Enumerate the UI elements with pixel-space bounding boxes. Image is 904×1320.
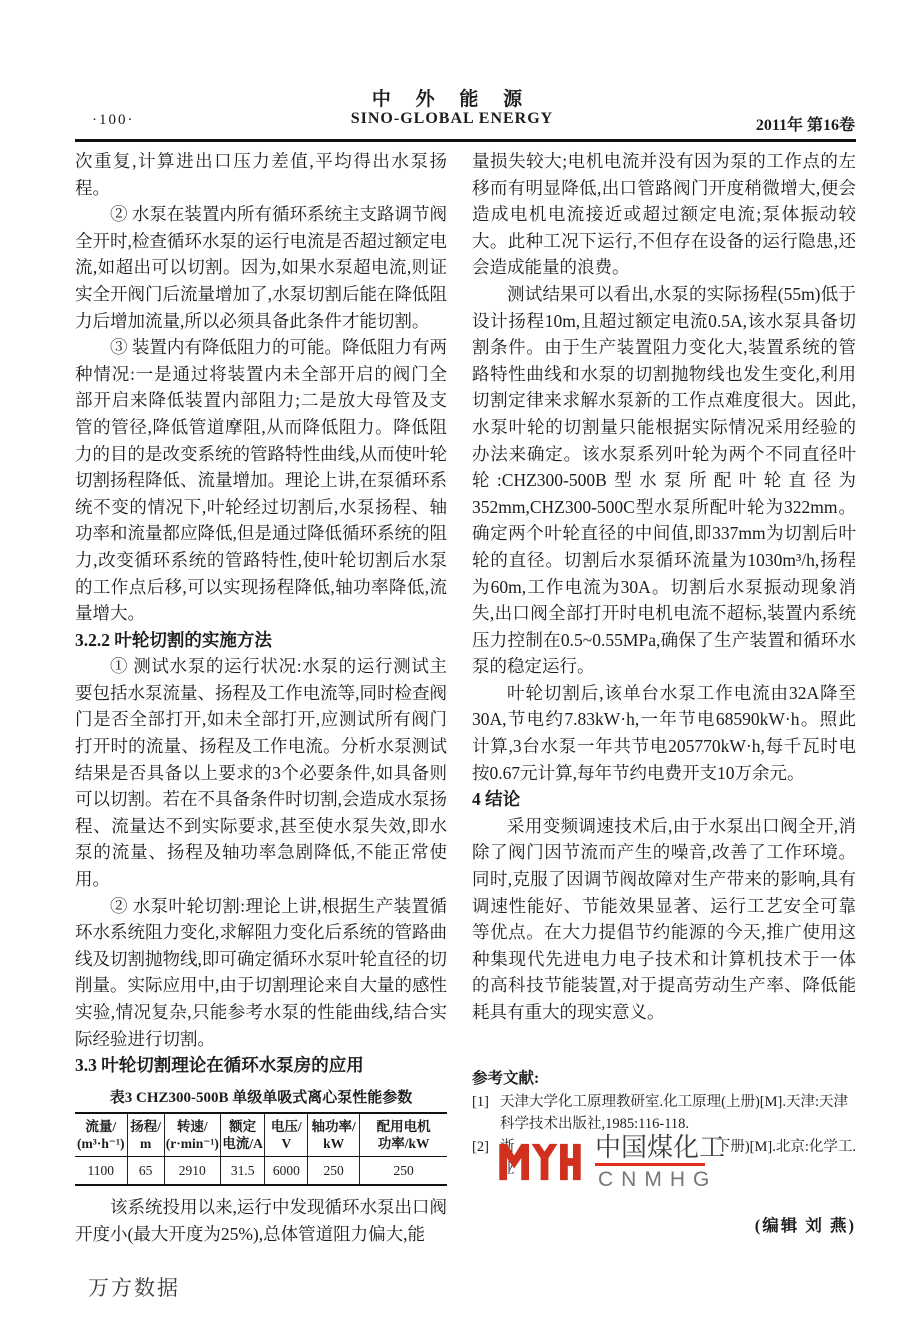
watermark: 中国煤化工 CNMHG xyxy=(498,1130,868,1196)
paragraph: ② 水泵叶轮切割:理论上讲,根据生产装置循环水系统阻力变化,求解阻力变化后系统的… xyxy=(75,893,447,1053)
table-cell: 2910 xyxy=(164,1157,220,1186)
journal-title-cn: 中 外 能 源 xyxy=(0,84,904,111)
reference-label: [1] xyxy=(472,1091,489,1114)
col-header: 转速/(r·min⁻¹) xyxy=(164,1113,220,1157)
table-cell: 250 xyxy=(308,1157,360,1186)
section-heading: 3.2.2 叶轮切割的实施方法 xyxy=(75,627,447,654)
table-header-row: 流量/(m³·h⁻¹) 扬程/m 转速/(r·min⁻¹) 额定电流/A 电压/… xyxy=(75,1113,447,1157)
table-cell: 65 xyxy=(127,1157,164,1186)
table-cell: 31.5 xyxy=(220,1157,265,1186)
editor-note: (编辑 刘 燕) xyxy=(472,1212,856,1236)
col-header: 轴功率/kW xyxy=(308,1113,360,1157)
paragraph: ③ 装置内有降低阻力的可能。降低阻力有两种情况:一是通过将装置内未全部开启的阀门… xyxy=(75,334,447,627)
paragraph: 量损失较大;电机电流并没有因为泵的工作点的左移而有明显降低,出口管路阀门开度稍微… xyxy=(472,148,856,281)
watermark-text-cn: 中国煤化工 xyxy=(595,1134,725,1160)
left-column-body: 次重复,计算进出口压力差值,平均得出水泵扬程。 ② 水泵在装置内所有循环系统主支… xyxy=(75,148,447,1080)
left-column: 次重复,计算进出口压力差值,平均得出水泵扬程。 ② 水泵在装置内所有循环系统主支… xyxy=(75,148,447,1247)
reference-label: [2] xyxy=(472,1136,489,1159)
col-header: 电压/V xyxy=(265,1113,308,1157)
table-caption: 表3 CHZ300-500B 单级单吸式离心泵性能参数 xyxy=(75,1088,447,1108)
issue-info: 2011年 第16卷 xyxy=(756,112,855,135)
paragraph: 测试结果可以看出,水泵的实际扬程(55m)低于设计扬程10m,且超过额定电流0.… xyxy=(472,281,856,680)
references-heading: 参考文献: xyxy=(472,1068,856,1091)
table-row: 1100 65 2910 31.5 6000 250 250 xyxy=(75,1157,447,1186)
paragraph: 叶轮切割后,该单台水泵工作电流由32A降至30A,节电约7.83kW·h,一年节… xyxy=(472,680,856,786)
watermark-text-en: CNMHG xyxy=(598,1168,717,1192)
page-number: ·100· xyxy=(92,112,135,129)
paragraph: ② 水泵在装置内所有循环系统主支路调节阀全开时,检查循环水泵的运行电流是否超过额… xyxy=(75,201,447,334)
paragraph: 采用变频调速技术后,由于水泵出口阀全开,消除了阀门因节流而产生的噪音,改善了工作… xyxy=(472,813,856,1026)
journal-page: 中 外 能 源 SINO-GLOBAL ENERGY ·100· 2011年 第… xyxy=(0,0,904,1320)
right-column-body: 量损失较大;电机电流并没有因为泵的工作点的左移而有明显降低,出口管路阀门开度稍微… xyxy=(472,148,856,1062)
col-header: 扬程/m xyxy=(127,1113,164,1157)
col-header: 配用电机功率/kW xyxy=(360,1113,447,1157)
section-heading: 3.3 叶轮切割理论在循环水泵房的应用 xyxy=(75,1052,447,1079)
col-header: 流量/(m³·h⁻¹) xyxy=(75,1113,127,1157)
right-column: 量损失较大;电机电流并没有因为泵的工作点的左移而有明显降低,出口管路阀门开度稍微… xyxy=(472,148,856,1181)
table-cell: 1100 xyxy=(75,1157,127,1186)
paragraph: 次重复,计算进出口压力差值,平均得出水泵扬程。 xyxy=(75,148,447,201)
cnmhg-logo-icon xyxy=(498,1132,582,1192)
reference-text: 天津大学化工原理教研室.化工原理(上册)[M].天津:天津科学技术出版社,198… xyxy=(500,1094,848,1133)
wanfang-data-brand: 万方数据 xyxy=(88,1272,180,1302)
watermark-underline xyxy=(595,1163,705,1166)
table-cell: 6000 xyxy=(265,1157,308,1186)
pump-performance-table: 流量/(m³·h⁻¹) 扬程/m 转速/(r·min⁻¹) 额定电流/A 电压/… xyxy=(75,1112,447,1186)
section-heading: 4 结论 xyxy=(472,786,856,813)
col-header: 额定电流/A xyxy=(220,1113,265,1157)
header-rule xyxy=(75,139,856,142)
table-cell: 250 xyxy=(360,1157,447,1186)
paragraph: ① 测试水泵的运行状况:水泵的运行测试主要包括水泵流量、扬程及工作电流等,同时检… xyxy=(75,653,447,892)
reference-item: [1] 天津大学化工原理教研室.化工原理(上册)[M].天津:天津科学技术出版社… xyxy=(472,1091,856,1136)
paragraph: 四循一套循环水泵房共有5台循环泵,采用3开2备的并联运行模式,型号为CHZ300… xyxy=(75,1079,447,1080)
paragraph: 该系统投用以来,运行中发现循环水泵出口阀开度小(最大开度为25%),总体管道阻力… xyxy=(75,1194,447,1247)
